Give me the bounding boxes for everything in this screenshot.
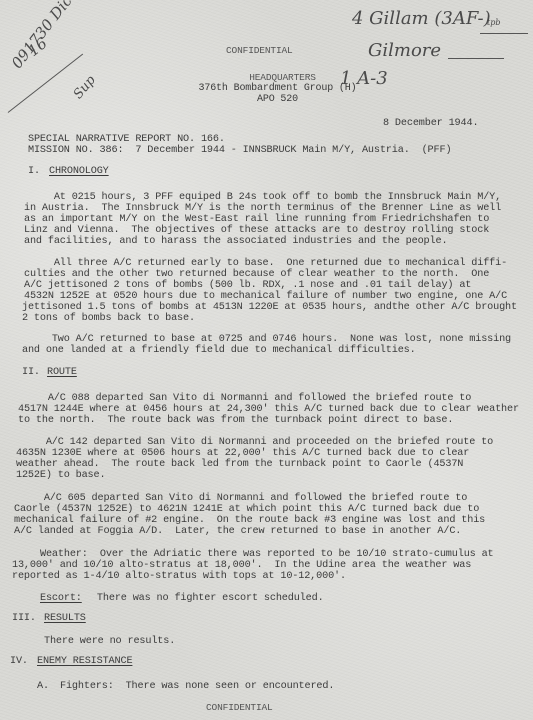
document-page: 16 091730 Dic Sup 4 Gillam (3AF-) tpb Gi… xyxy=(0,0,533,720)
handwritten-routing-1: 4 Gillam (3AF-) xyxy=(352,8,491,29)
org-headquarters: HEADQUARTERS xyxy=(175,72,390,83)
classification-top: CONFIDENTIAL xyxy=(226,45,293,56)
report-date: 8 December 1944. xyxy=(383,118,478,129)
report-title: SPECIAL NARRATIVE REPORT NO. 166. xyxy=(28,134,225,145)
handwritten-note: Sup xyxy=(71,73,99,102)
handwritten-code: 091730 Dic xyxy=(8,0,76,72)
classification-bottom: CONFIDENTIAL xyxy=(206,702,273,713)
section-number-results: III. xyxy=(12,613,36,624)
section-number-route: II. xyxy=(22,367,40,378)
org-group: 376th Bombardment Group (H) xyxy=(170,83,385,94)
fighters-text: Fighters: There was none seen or encount… xyxy=(60,681,334,692)
section-heading-results: RESULTS xyxy=(44,613,86,624)
section-heading-route: ROUTE xyxy=(47,367,77,378)
handwritten-initials: tpb xyxy=(487,18,500,27)
handwritten-routing-2: Gilmore xyxy=(368,40,441,61)
handwritten-rule-1 xyxy=(480,33,528,34)
section-number-enemy-resistance: IV. xyxy=(10,656,28,667)
section-heading-enemy-resistance: ENEMY RESISTANCE xyxy=(37,656,132,667)
handwritten-rule-2 xyxy=(448,58,504,59)
results-text: There were no results. xyxy=(44,636,175,647)
section-number-chronology: I. xyxy=(28,166,40,177)
section-heading-chronology: CHRONOLOGY xyxy=(49,166,109,177)
org-apo: APO 520 xyxy=(170,94,385,105)
fighters-label: A. xyxy=(37,681,49,692)
mission-line: MISSION NO. 386: 7 December 1944 - INNSB… xyxy=(28,145,451,156)
